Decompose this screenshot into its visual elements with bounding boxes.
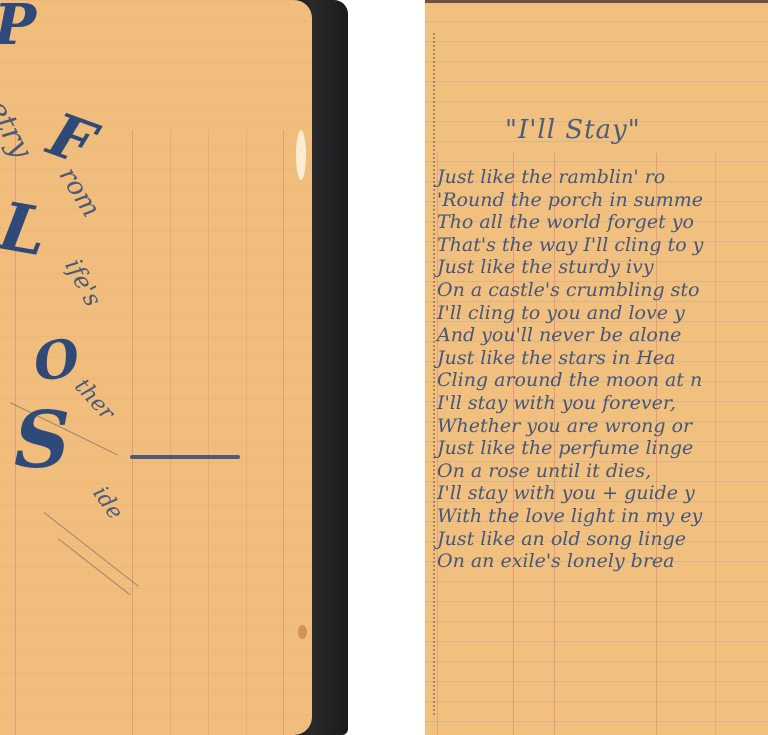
poem-line: On a castle's crumbling sto — [437, 279, 768, 302]
poem-line: That's the way I'll cling to y — [437, 234, 768, 257]
poem-line: Just like the ramblin' ro — [437, 166, 768, 189]
poem-title: "I'll Stay" — [505, 115, 641, 145]
left-notebook: P oetry F rom L ife's O ther S ide — [0, 0, 348, 735]
poem-line: I'll cling to you and love y — [437, 302, 768, 325]
poem-line: On a rose until it dies, — [437, 460, 768, 483]
title-capital-p: P — [0, 0, 36, 58]
poem-line: Just like the stars in Hea — [437, 347, 768, 370]
cover-title-page: P oetry F rom L ife's O ther S ide — [0, 0, 312, 735]
poem-page: "I'll Stay" Just like the ramblin' ro 'R… — [425, 0, 768, 735]
title-capital-l: L — [0, 187, 53, 272]
title-word-poetry: oetry — [0, 78, 39, 164]
cover-title: P oetry F rom L ife's O ther S ide — [0, 0, 312, 735]
title-word-side: ide — [88, 482, 128, 524]
title-flourish-stroke — [130, 455, 240, 459]
poem-line: Cling around the moon at n — [437, 369, 768, 392]
title-word-lifes: ife's — [59, 254, 107, 311]
poem-line: Just like an old song linge — [437, 528, 768, 551]
poem-line: I'll stay with you forever, — [437, 392, 768, 415]
poem-lines: Just like the ramblin' ro 'Round the por… — [437, 166, 768, 573]
poem-line: 'Round the porch in summe — [437, 189, 768, 212]
poem-line: Whether you are wrong or — [437, 415, 768, 438]
poem-line: With the love light in my ey — [437, 505, 768, 528]
poem-line: On an exile's lonely brea — [437, 550, 768, 573]
poem-line: And you'll never be alone — [437, 324, 768, 347]
poem-line: Just like the perfume linge — [437, 437, 768, 460]
poem-line: Tho all the world forget yo — [437, 211, 768, 234]
poem-line: Just like the sturdy ivy — [437, 256, 768, 279]
poem-line: I'll stay with you + guide y — [437, 482, 768, 505]
